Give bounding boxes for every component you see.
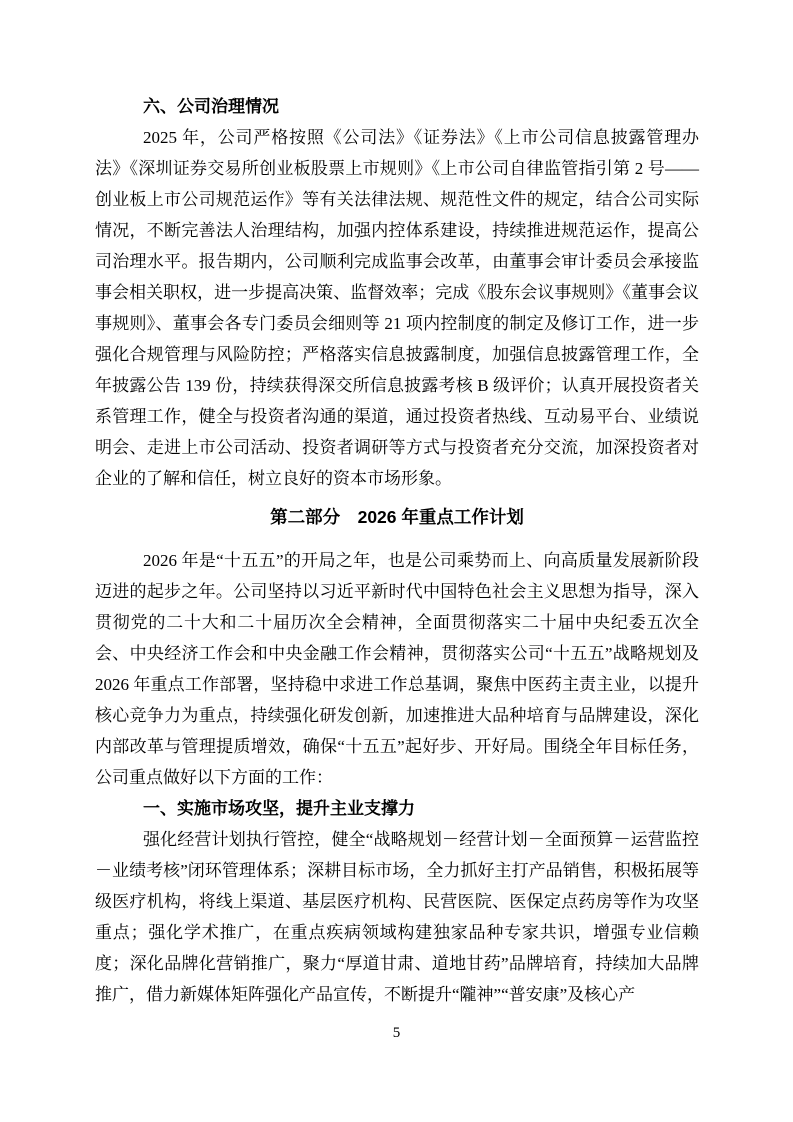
part2-heading-2026-work-plan: 第二部分 2026 年重点工作计划 xyxy=(95,502,699,533)
document-page: 六、公司治理情况 2025 年，公司严格按照《公司法》《证券法》《上市公司信息披… xyxy=(0,0,793,1122)
section-heading-market-offensive: 一、实施市场攻坚，提升主业支撑力 xyxy=(95,793,699,824)
paragraph-corporate-governance: 2025 年，公司严格按照《公司法》《证券法》《上市公司信息披露管理办法》《深圳… xyxy=(95,122,699,494)
paragraph-2026-overview: 2026 年是“十五五”的开局之年，也是公司乘势而上、向高质量发展新阶段迈进的起… xyxy=(95,545,699,793)
section-heading-corporate-governance: 六、公司治理情况 xyxy=(95,91,699,122)
page-number: 5 xyxy=(0,1022,793,1044)
paragraph-market-offensive: 强化经营计划执行管控，健全“战略规划－经营计划－全面预算－运营监控－业绩考核”闭… xyxy=(95,824,699,1010)
